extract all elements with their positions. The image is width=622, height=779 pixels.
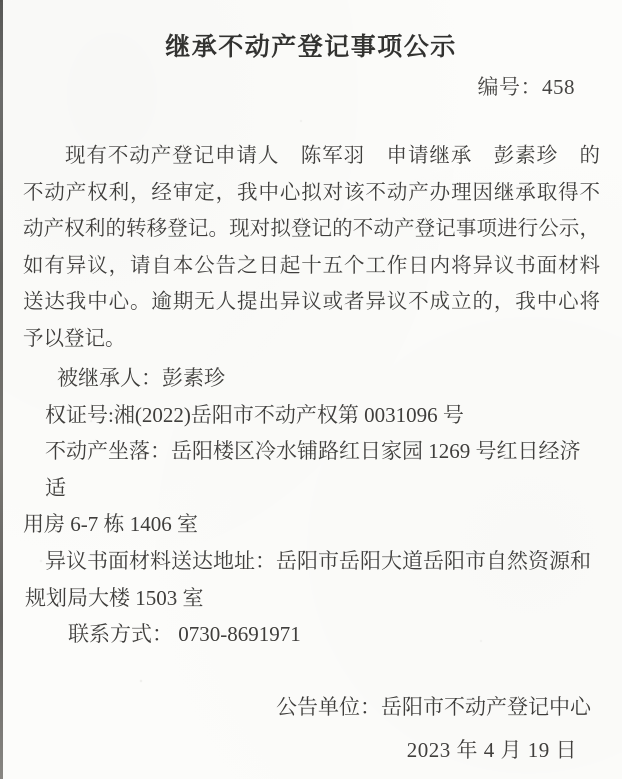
location-line: 用房 6-7 栋 1406 室	[23, 506, 600, 543]
certificate-line: 权证号:湘(2022)岳阳市不动产权第 0031096 号	[23, 397, 600, 434]
notice-document: 继承不动产登记事项公示 编号：458 现有不动产登记申请人 陈军羽 申请继承 彭…	[0, 0, 622, 779]
paragraph-line: 送达我中心。逾期无人提出异议或者异议不成立的，我中心将	[23, 284, 600, 321]
property-fields: 被继承人：彭素珍 权证号:湘(2022)岳阳市不动产权第 0031096 号 不…	[23, 360, 600, 543]
issuer-label: 公告单位：	[276, 695, 381, 719]
objection-address-line: 规划局大楼 1503 室	[23, 580, 600, 617]
issuer-name: 岳阳市不动产登记中心	[381, 695, 591, 719]
doc-number: 编号：458	[478, 71, 576, 101]
date-line: 2023 年 4 月 19 日	[407, 734, 577, 764]
objection-address-lines: 异议书面材料送达地址：岳阳市岳阳大道岳阳市自然资源和规划局大楼 1503 室	[23, 543, 600, 616]
paragraph-line: 现有不动产登记申请人 陈军羽 申请继承 彭素珍 的	[23, 138, 600, 175]
paragraph-line: 予以登记。	[23, 321, 600, 358]
objection-address-line: 异议书面材料送达地址：岳阳市岳阳大道岳阳市自然资源和	[23, 543, 600, 580]
location-lines: 不动产坐落：岳阳楼区冷水铺路红日家园 1269 号红日经济适用房 6-7 栋 1…	[23, 433, 600, 543]
location-line: 不动产坐落：岳阳楼区冷水铺路红日家园 1269 号红日经济适	[23, 433, 600, 506]
doc-number-label: 编号：	[478, 75, 543, 99]
contact-line: 联系方式： 0730-8691971	[23, 616, 600, 653]
objection-fields: 异议书面材料送达地址：岳阳市岳阳大道岳阳市自然资源和规划局大楼 1503 室 联…	[23, 543, 600, 653]
notice-title: 继承不动产登记事项公示	[0, 27, 622, 63]
scan-noise	[0, 0, 2, 2]
doc-number-value: 458	[542, 75, 575, 99]
paragraph-line: 不动产权利，经审定，我中心拟对该不动产办理因继承取得不	[23, 175, 600, 212]
intro-paragraph: 现有不动产登记申请人 陈军羽 申请继承 彭素珍 的不动产权利，经审定，我中心拟对…	[23, 138, 600, 357]
certificate-line-wrap: 权证号:湘(2022)岳阳市不动产权第 0031096 号	[23, 397, 600, 434]
paragraph-line: 动产权利的转移登记。现对拟登记的不动产登记事项进行公示，	[23, 211, 600, 248]
issuer-line: 公告单位：岳阳市不动产登记中心	[276, 691, 591, 721]
scan-edge-artifact	[0, 0, 3, 779]
paragraph-line: 如有异议，请自本公告之日起十五个工作日内将异议书面材料	[23, 248, 600, 285]
decedent-line: 被继承人：彭素珍	[23, 360, 600, 397]
